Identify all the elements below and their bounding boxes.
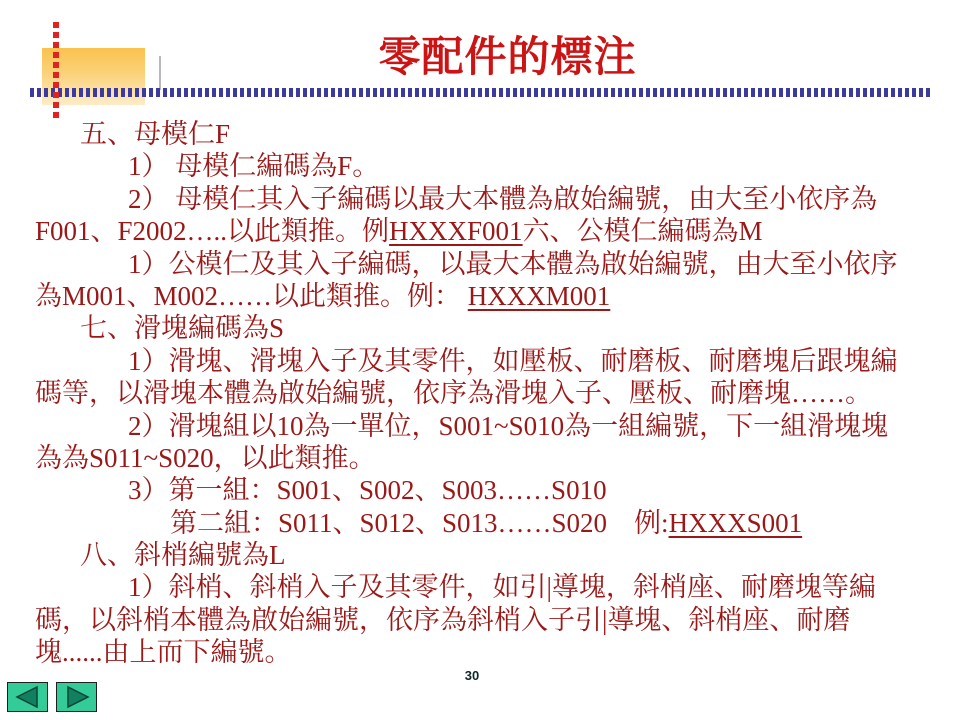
body-line-post-text: 六、公模仁編碼為M: [523, 216, 763, 246]
page-number: 30: [452, 668, 492, 683]
body-line: 1）滑塊、滑塊入子及其零件，如壓板、耐磨板、耐磨塊后跟塊編: [0, 345, 960, 377]
right-arrow-icon: [59, 684, 95, 710]
code-link-hxxxf001[interactable]: HXXXF001: [389, 216, 523, 246]
body-line-pre-text: F001、F2002…..以此類推。例: [35, 216, 389, 246]
body-line-section-7: 七、滑塊編碼為S: [0, 312, 960, 344]
left-arrow-icon: [10, 684, 46, 710]
body-line-with-link: F001、F2002…..以此類推。例HXXXF001六、公模仁編碼為M: [0, 215, 960, 247]
body-line-pre-text: 為M001、M002……以此類推。例：: [35, 281, 468, 311]
title-underline-dashed-line: [30, 88, 932, 97]
body-line-pre-text: 第二組：S011、S012、S013……S020 例:: [170, 508, 669, 538]
body-line-section-5: 五、母模仁F: [0, 118, 960, 150]
presentation-slide: 零配件的標注 五、母模仁F 1） 母模仁編碼為F。 2） 母模仁其入子編碼以最大…: [0, 0, 960, 720]
body-line: 1） 母模仁編碼為F。: [0, 150, 960, 182]
body-line: 塊......由上而下編號。: [0, 636, 960, 668]
slide-title: 零配件的標注: [0, 24, 960, 84]
body-line-with-link: 為M001、M002……以此類推。例： HXXXM001: [0, 280, 960, 312]
code-link-hxxxs001[interactable]: HXXXS001: [669, 508, 803, 538]
body-line: 2） 母模仁其入子編碼以最大本體為啟始編號，由大至小依序為: [0, 183, 960, 215]
body-line: 1）斜梢、斜梢入子及其零件，如引|導塊，斜梢座、耐磨塊等編: [0, 571, 960, 603]
body-line: 碼，以斜梢本體為啟始編號，依序為斜梢入子引|導塊、斜梢座、耐磨: [0, 604, 960, 636]
body-line-with-link: 第二組：S011、S012、S013……S020 例:HXXXS001: [0, 507, 960, 539]
body-line: 為為S011~S020，以此類推。: [0, 442, 960, 474]
body-line: 2）滑塊組以10為一單位，S001~S010為一組編號，下一組滑塊塊: [0, 410, 960, 442]
slide-body: 五、母模仁F 1） 母模仁編碼為F。 2） 母模仁其入子編碼以最大本體為啟始編號…: [0, 118, 960, 669]
body-line-section-8: 八、斜梢編號為L: [0, 539, 960, 571]
body-line: 3）第一組：S001、S002、S003……S010: [0, 474, 960, 506]
code-link-hxxxm001[interactable]: HXXXM001: [468, 281, 611, 311]
body-line: 1）公模仁及其入子編碼，以最大本體為啟始編號，由大至小依序: [0, 248, 960, 280]
body-line: 碼等，以滑塊本體為啟始編號，依序為滑塊入子、壓板、耐磨塊……。: [0, 377, 960, 409]
previous-slide-button[interactable]: [7, 682, 48, 712]
next-slide-button[interactable]: [56, 682, 97, 712]
